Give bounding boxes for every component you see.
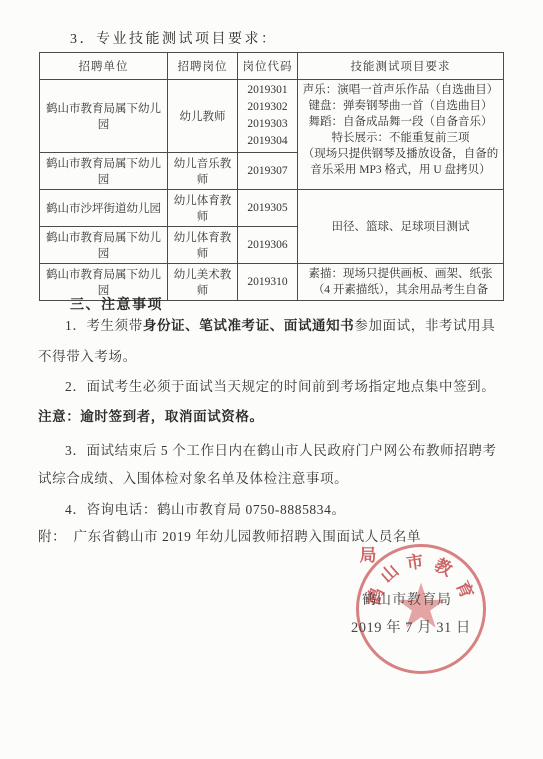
code-cell: 2019310 — [238, 264, 298, 301]
code-value: 2019303 — [242, 116, 293, 133]
header-unit: 招聘单位 — [40, 53, 168, 80]
table-row: 鹤山市教育局属下幼儿园 幼儿教师 2019301 2019302 2019303… — [40, 80, 504, 153]
warning-text: 注意：逾时签到者，取消面试资格。 — [38, 401, 506, 432]
post-cell: 幼儿教师 — [168, 80, 238, 153]
table-row: 鹤山市沙坪街道幼儿园 幼儿体育教师 2019305 田径、篮球、足球项目测试 — [40, 190, 504, 227]
note1-pre: 1．考生须带 — [65, 318, 143, 333]
note-item-1: 1．考生须带身份证、笔试准考证、面试通知书参加面试，非考试用具不得带入考场。 — [38, 310, 506, 372]
requirement-cell: 田径、篮球、足球项目测试 — [298, 190, 504, 264]
post-cell: 幼儿体育教师 — [168, 227, 238, 264]
header-code: 岗位代码 — [238, 53, 298, 80]
unit-cell: 鹤山市教育局属下幼儿园 — [40, 80, 168, 153]
post-cell: 幼儿体育教师 — [168, 190, 238, 227]
requirement-line: 特长展示：不能重复前三项 — [302, 130, 499, 146]
unit-cell: 鹤山市沙坪街道幼儿园 — [40, 190, 168, 227]
unit-cell: 鹤山市教育局属下幼儿园 — [40, 153, 168, 190]
seal-character: 市 — [405, 553, 425, 573]
requirement-cell: 素描：现场只提供画板、画架、纸张（4 开素描纸），其余用品考生自备 — [298, 264, 504, 301]
requirement-line: 声乐：演唱一首声乐作品（自选曲目） — [302, 82, 499, 98]
official-seal: ★ 鹤 山 市 教 育 局 — [356, 544, 486, 674]
seal-character: 局 — [359, 547, 377, 565]
requirement-line: 舞蹈：自备成品舞一段（自备音乐） — [302, 114, 499, 130]
header-requirement: 技能测试项目要求 — [298, 53, 504, 80]
note1-required-documents: 身份证、笔试准考证、面试通知书 — [143, 318, 355, 333]
code-cell: 2019305 — [238, 190, 298, 227]
note-item-3: 3．面试结束后 5 个工作日内在鹤山市人民政府门户网公布教师招聘考试综合成绩、入… — [38, 437, 506, 493]
unit-cell: 鹤山市教育局属下幼儿园 — [40, 227, 168, 264]
section-title: 3．专业技能测试项目要求： — [70, 28, 278, 48]
requirement-line: （现场只提供钢琴及播放设备，自备的音乐采用 MP3 格式，用 U 盘拷贝） — [302, 146, 499, 178]
seal-character: 育 — [452, 578, 476, 602]
code-cell: 2019306 — [238, 227, 298, 264]
issuer-name: 鹤山市教育局 — [362, 589, 452, 609]
code-value: 2019302 — [242, 99, 293, 116]
code-cell: 2019307 — [238, 153, 298, 190]
table-header-row: 招聘单位 招聘岗位 岗位代码 技能测试项目要求 — [40, 53, 504, 80]
requirement-cell: 声乐：演唱一首声乐作品（自选曲目） 键盘：弹奏钢琴曲一首（自选曲目） 舞蹈：自备… — [298, 80, 504, 190]
skills-test-table: 招聘单位 招聘岗位 岗位代码 技能测试项目要求 鹤山市教育局属下幼儿园 幼儿教师… — [39, 52, 504, 301]
post-cell: 幼儿美术教师 — [168, 264, 238, 301]
code-value: 2019301 — [242, 82, 293, 99]
document-page: 3．专业技能测试项目要求： 招聘单位 招聘岗位 岗位代码 技能测试项目要求 鹤山… — [0, 0, 543, 759]
code-cell: 2019301 2019302 2019303 2019304 — [238, 80, 298, 153]
header-post: 招聘岗位 — [168, 53, 238, 80]
post-cell: 幼儿音乐教师 — [168, 153, 238, 190]
issue-date: 2019 年 7 月 31 日 — [351, 616, 471, 637]
note-item-2: 2．面试考生必须于面试当天规定的时间前到考场指定地点集中签到。 — [38, 371, 506, 402]
code-value: 2019304 — [242, 133, 293, 150]
requirement-line: 键盘：弹奏钢琴曲一首（自选曲目） — [302, 98, 499, 114]
